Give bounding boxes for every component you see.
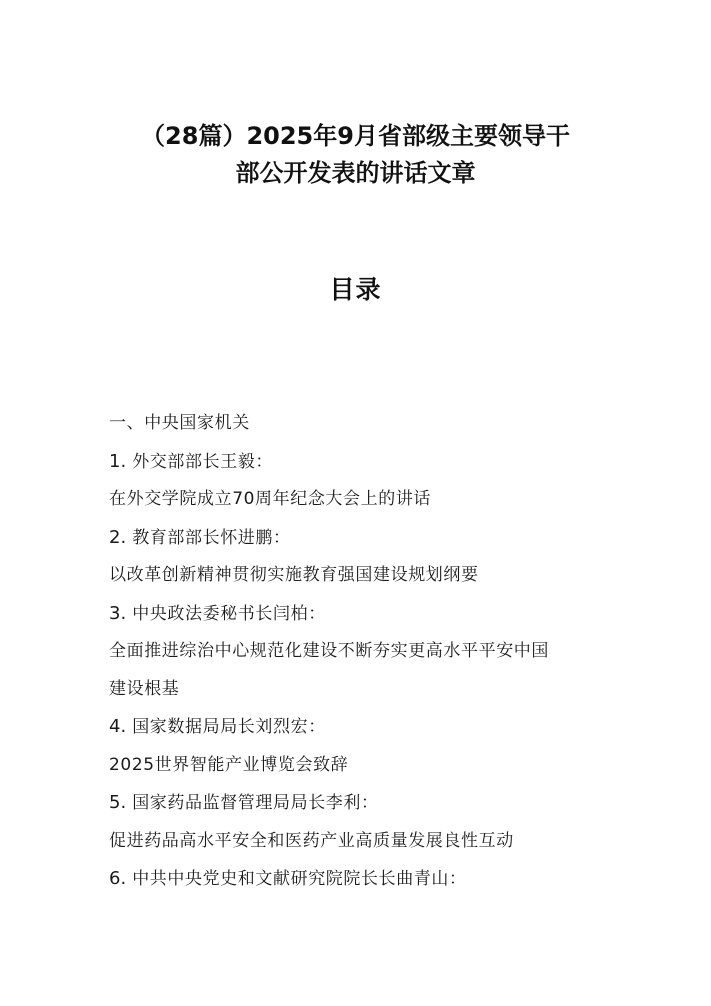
toc-entry-5-speaker: 5. 国家药品监督管理局局长李利： bbox=[109, 784, 609, 823]
toc-entry-4-speaker: 4. 国家数据局局长刘烈宏： bbox=[109, 708, 609, 747]
toc-entry-2-speaker: 2. 教育部部长怀进鹏： bbox=[109, 519, 609, 558]
toc-entry-3-title-line-1: 全面推进综治中心规范化建设不断夯实更高水平平安中国 bbox=[109, 633, 609, 671]
toc-entry-3-speaker: 3. 中央政法委秘书长闫柏： bbox=[109, 595, 609, 634]
entry-number: 5. bbox=[109, 792, 126, 813]
table-of-contents: 一、中央国家机关 1. 外交部部长王毅： 在外交学院成立70周年纪念大会上的讲话… bbox=[109, 405, 609, 899]
document-title: （28篇）2025年9月省部级主要领导干 部公开发表的讲话文章 bbox=[0, 118, 711, 192]
entry-number: 1. bbox=[109, 451, 126, 472]
toc-entry-1-title: 在外交学院成立70周年纪念大会上的讲话 bbox=[109, 481, 609, 519]
section-heading: 一、中央国家机关 bbox=[109, 405, 609, 443]
title-line-2: 部公开发表的讲话文章 bbox=[0, 155, 711, 192]
toc-entry-5-title: 促进药品高水平安全和医药产业高质量发展良性互动 bbox=[109, 823, 609, 861]
entry-number: 4. bbox=[109, 716, 126, 737]
entry-speaker: 教育部部长怀进鹏： bbox=[132, 528, 290, 548]
toc-heading: 目录 bbox=[0, 272, 711, 308]
entry-speaker: 国家数据局局长刘烈宏： bbox=[132, 717, 326, 737]
document-page: （28篇）2025年9月省部级主要领导干 部公开发表的讲话文章 目录 一、中央国… bbox=[0, 0, 711, 1006]
entry-speaker: 中央政法委秘书长闫柏： bbox=[132, 604, 326, 624]
entry-speaker: 国家药品监督管理局局长李利： bbox=[132, 793, 378, 813]
entry-number: 2. bbox=[109, 527, 126, 548]
toc-entry-2-title: 以改革创新精神贯彻实施教育强国建设规划纲要 bbox=[109, 557, 609, 595]
toc-entry-1-speaker: 1. 外交部部长王毅： bbox=[109, 443, 609, 482]
toc-entry-4-title: 2025世界智能产业博览会致辞 bbox=[109, 747, 609, 785]
toc-entry-6-speaker: 6. 中共中央党史和文献研究院院长长曲青山： bbox=[109, 860, 609, 899]
toc-entry-3-title-line-2: 建设根基 bbox=[109, 671, 609, 709]
entry-number: 3. bbox=[109, 603, 126, 624]
title-line-1: （28篇）2025年9月省部级主要领导干 bbox=[0, 118, 711, 155]
entry-speaker: 中共中央党史和文献研究院院长长曲青山： bbox=[132, 869, 466, 889]
entry-number: 6. bbox=[109, 868, 126, 889]
entry-speaker: 外交部部长王毅： bbox=[132, 452, 273, 472]
